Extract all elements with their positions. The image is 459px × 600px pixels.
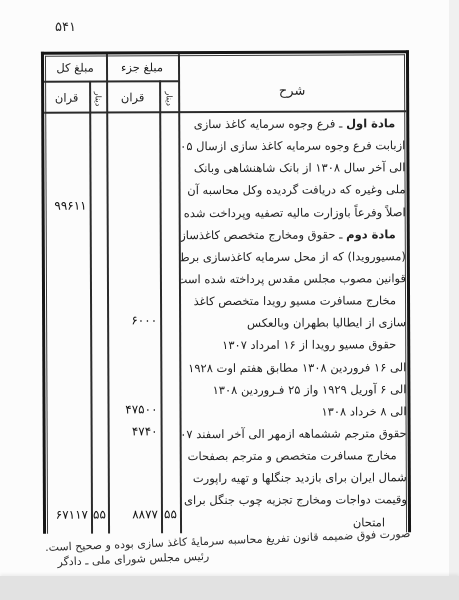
header-dinar-partial: دينار bbox=[165, 83, 174, 115]
description-line: الی ۸ خرداد ۱۳۰۸ bbox=[181, 400, 406, 423]
description-line: ازبابت فرع وجوه سرمايه کاغذ سازی ازسال ۱… bbox=[180, 134, 405, 157]
line-text: شمال ايران برای بازديد جنگلها و تهيه راپ… bbox=[193, 470, 407, 485]
line-text: الی ۶ آوريل ۱۹۲۹ واز ۲۵ فـروردين ۱۳۰۸ bbox=[213, 382, 407, 397]
header-partial-amount: مبلغ جزء bbox=[106, 60, 178, 74]
line-text: الی ۱۶ فروردين ۱۳۰۸ مطابق هفتم اوت ۱۹۲۸ bbox=[188, 360, 406, 375]
section-title: مادة دوم bbox=[346, 227, 396, 241]
line-text: (مسيورويدا) که از محل سرمايه کاغذسازی بر… bbox=[181, 249, 406, 264]
description-line: وقيمت دواجات ومخارج تجزيه چوب جنگل برای bbox=[182, 489, 407, 512]
line-text: وقيمت دواجات ومخارج تجزيه چوب جنگل برای bbox=[184, 493, 407, 508]
description-line: (مسيورويدا) که از محل سرمايه کاغذسازی بر… bbox=[181, 245, 406, 268]
line-text: مخارج مسافرت مسيو رويدا متخصص کاغذ bbox=[194, 293, 397, 308]
line-text: حقوق مسيو رويدا از ۱۶ امرداد ۱۳۰۷ bbox=[222, 338, 396, 353]
description-line: مخارج مسافرت مسيو رويدا متخصص کاغذ bbox=[181, 289, 406, 312]
description-line: شمال ايران برای بازديد جنگلها و تهيه راپ… bbox=[182, 466, 407, 489]
scan-edge-bottom bbox=[0, 576, 459, 600]
section-title: مادة اول bbox=[346, 116, 395, 130]
line-text: اصلاً وفرعاً باوزارت ماليه تصفيه وپرداخت… bbox=[181, 205, 406, 220]
line-text: مخارج مسافرت متخصص و مترجم بصفحات bbox=[188, 448, 397, 463]
description-line: اصلاً وفرعاً باوزارت ماليه تصفيه وپرداخت… bbox=[181, 201, 406, 224]
line-text: قوانين مصوب مجلس مقدس پرداخته شده است bbox=[181, 271, 406, 286]
amount-partial-qeran: ۶۰۰۰ bbox=[109, 310, 157, 330]
line-text: ـ حقوق ومخارج متخصص کاغذسازی bbox=[181, 227, 346, 242]
amount-partial-qeran: ۴۷۴۰ bbox=[110, 421, 158, 441]
description-line: حقوق مترجم ششماهه ازمهر الی آخر اسفند ۱۳… bbox=[182, 422, 407, 445]
description-line: الی آخر سال ۱۳۰۸ از بانک شاهنشاهی وبانک bbox=[180, 156, 405, 179]
column-divider-partial-qeran-dinar bbox=[159, 80, 162, 533]
description-line: ملی وغيره که دريافت گرديده وکل محاسبه آن bbox=[181, 179, 406, 202]
description-line: حقوق مسيو رويدا از ۱۶ امرداد ۱۳۰۷ bbox=[181, 334, 406, 357]
line-text: امتحان bbox=[353, 515, 385, 529]
description-line: مخارج مسافرت متخصص و مترجم بصفحات bbox=[182, 444, 407, 467]
header-description: شرح bbox=[178, 83, 406, 99]
header-qeran-total: قران bbox=[44, 91, 89, 105]
description-line: قوانين مصوب مجلس مقدس پرداخته شده است bbox=[181, 267, 406, 290]
line-text: ازبابت فرع وجوه سرمايه کاغذ سازی ازسال ۱… bbox=[180, 138, 405, 153]
ledger-table: مبلغ کل مبلغ جزء شرح قران قران دينار دين… bbox=[41, 50, 411, 534]
header-dinar-total: دينار bbox=[94, 83, 103, 115]
description-line: مادة اول ـ فرع وجوه سرمايه کاغذ سازی bbox=[180, 112, 405, 135]
line-text: حقوق مترجم ششماهه ازمهر الی آخر اسفند ۱۳… bbox=[182, 426, 407, 441]
description-line: الی ۶ آوريل ۱۹۲۹ واز ۲۵ فـروردين ۱۳۰۸ bbox=[181, 378, 406, 401]
line-text: ـ فرع وجوه سرمايه کاغذ سازی bbox=[194, 116, 346, 131]
description-line: سازی از ايطاليا بطهران وبالعکس bbox=[181, 311, 406, 334]
amount-sum-total-dinar: ۵۵ bbox=[91, 505, 108, 525]
line-text: ملی وغيره که دريافت گرديده وکل محاسبه آن bbox=[187, 183, 405, 198]
line-text: الی آخر سال ۱۳۰۸ از بانک شاهنشاهی وبانک bbox=[194, 160, 406, 175]
amount-partial-qeran: ۴۷۵۰۰ bbox=[109, 399, 157, 419]
line-text: سازی از ايطاليا بطهران وبالعکس bbox=[247, 315, 406, 330]
amount-total-qeran: ۹۹۶۱۱ bbox=[47, 196, 87, 216]
description-line: مادة دوم ـ حقوق ومخارج متخصص کاغذسازی bbox=[181, 223, 406, 246]
column-divider-total-partial bbox=[106, 55, 110, 534]
amount-sum-partial-dinar: ۵۵ bbox=[161, 504, 180, 524]
column-divider-total-qeran-dinar bbox=[89, 81, 92, 534]
amount-sum-partial-qeran: ۸۸۷۷ bbox=[110, 504, 158, 524]
page-number: ۵۴۱ bbox=[55, 20, 76, 35]
header-total-amount: مبلغ کل bbox=[44, 61, 106, 75]
scanned-document-page: ۵۴۱ مبلغ کل مبلغ جزء شرح قران قران دينار… bbox=[0, 0, 459, 600]
amount-sum-total-qeran: ۶۷۱۱۷ bbox=[48, 505, 88, 525]
header-qeran-partial: قران bbox=[106, 90, 159, 104]
line-text: الی ۸ خرداد ۱۳۰۸ bbox=[321, 404, 406, 418]
scan-edge-right bbox=[449, 0, 459, 576]
description-line: الی ۱۶ فروردين ۱۳۰۸ مطابق هفتم اوت ۱۹۲۸ bbox=[181, 356, 406, 379]
description-column: مادة اول ـ فرع وجوه سرمايه کاغذ سازی ازب… bbox=[180, 112, 407, 534]
